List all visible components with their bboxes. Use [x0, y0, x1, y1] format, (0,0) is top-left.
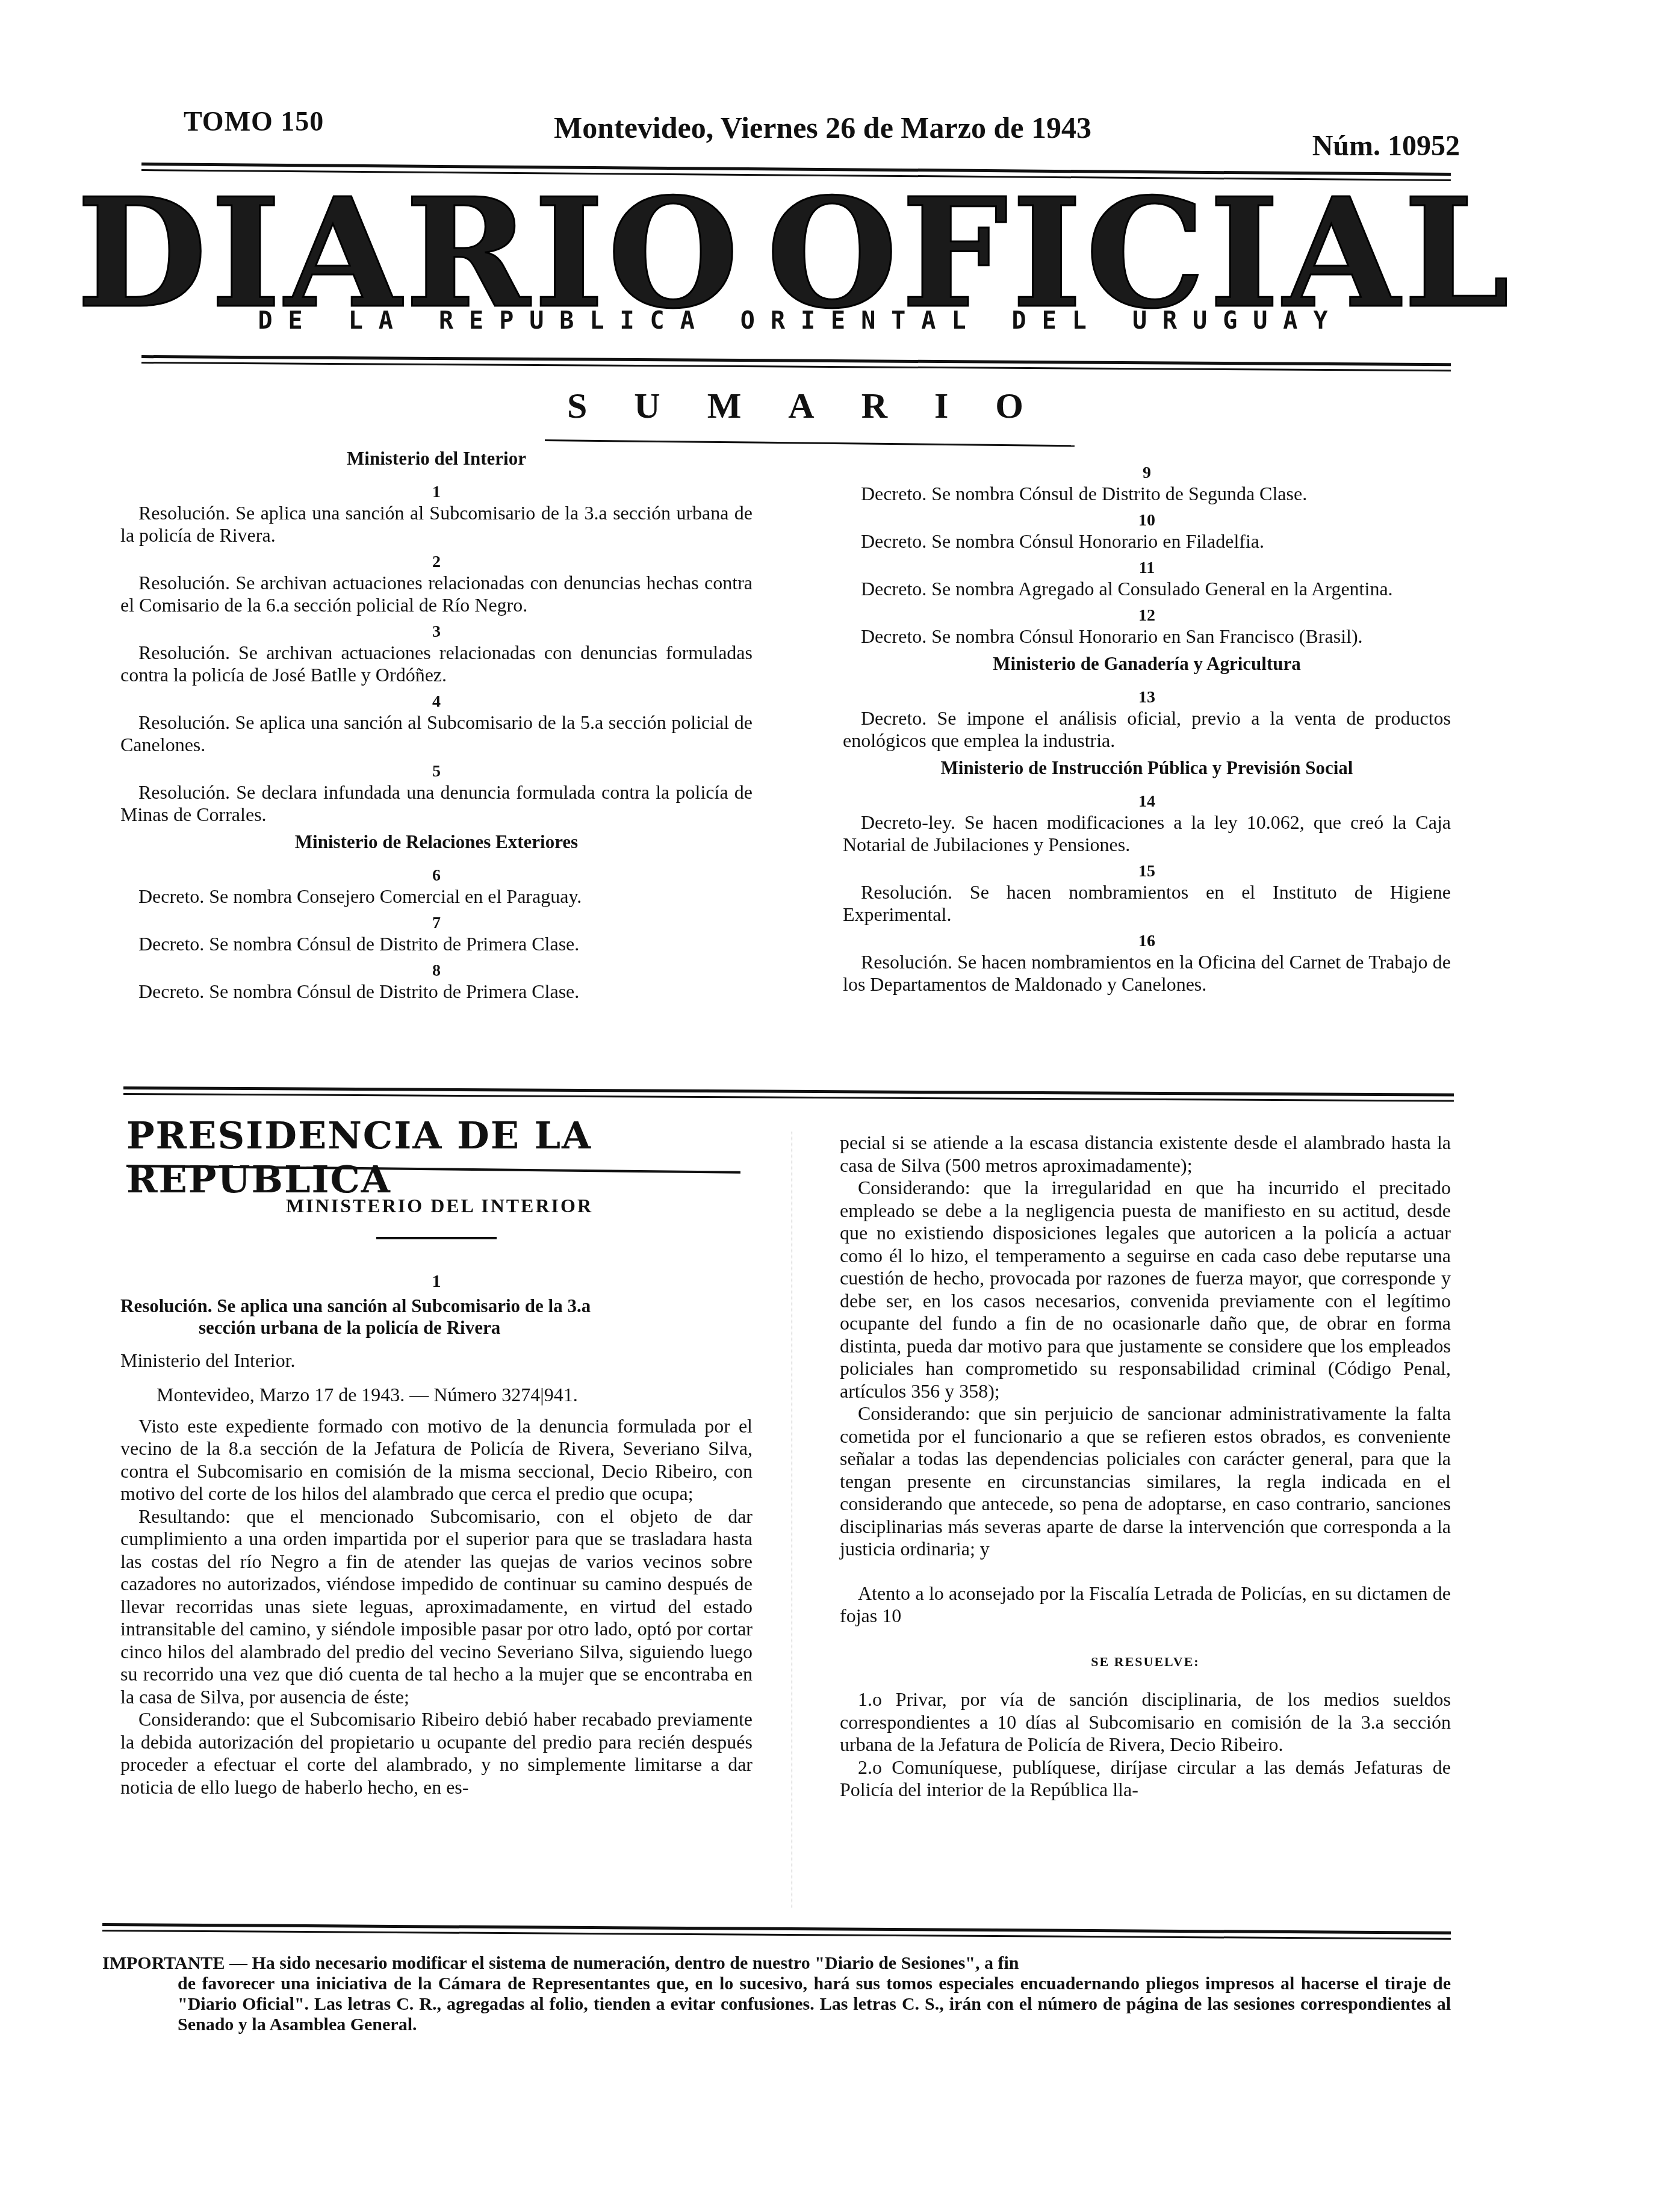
sumario-item: Resolución. Se hacen nombramientos en la…: [843, 951, 1451, 996]
sumario-ministry-heading: Ministerio del Interior: [120, 447, 753, 469]
resolution-number: 1: [120, 1270, 753, 1293]
sumario-item-number: 12: [843, 606, 1451, 625]
sumario-item-number: 7: [120, 914, 753, 933]
sumario-item: Resolución. Se archivan actuaciones rela…: [120, 642, 753, 686]
sumario-ministry-heading: Ministerio de Instrucción Pública y Prev…: [843, 757, 1451, 779]
sumario-item: Resolución. Se aplica una sanción al Sub…: [120, 711, 753, 756]
sumario-item: Decreto-ley. Se hacen modificaciones a l…: [843, 811, 1451, 856]
ministry-heading: MINISTERIO DEL INTERIOR: [259, 1195, 620, 1217]
sumario-left-column: Ministerio del Interior1Resolución. Se a…: [120, 442, 753, 1003]
sumario-item-number: 8: [120, 961, 753, 981]
sumario-item: Decreto. Se nombra Cónsul Honorario en S…: [843, 625, 1451, 648]
section-heading: PRESIDENCIA DE LA REPUBLICA: [126, 1114, 734, 1201]
sumario-item-number: 1: [120, 483, 753, 502]
issue-number: Núm. 10952: [1312, 129, 1460, 163]
sumario-item-number: 13: [843, 688, 1451, 707]
masthead-info-line: TOMO 150 Montevideo, Viernes 26 de Marzo…: [184, 105, 1460, 153]
sumario-item-number: 5: [120, 762, 753, 781]
sumario-item-number: 9: [843, 463, 1451, 483]
sumario-item-number: 11: [843, 559, 1451, 578]
sumario-item-number: 2: [120, 553, 753, 572]
sumario-item-number: 16: [843, 932, 1451, 951]
newspaper-subtitle: DE LA REPUBLICA ORIENTAL DEL URUGUAY: [199, 307, 1403, 335]
title-diario: DIARIO: [76, 178, 742, 328]
resolution-title: Resolución. Se aplica una sanción al Sub…: [120, 1295, 753, 1339]
paragraph-considerando-3: Considerando: que sin perjuicio de sanci…: [840, 1402, 1451, 1561]
sumario-heading: SUMARIO: [530, 385, 1108, 427]
issuer: Ministerio del Interior.: [120, 1349, 753, 1372]
resolution-dateline: Montevideo, Marzo 17 de 1943. — Número 3…: [120, 1384, 753, 1407]
paragraph-considerando-1: Considerando: que el Subcomisario Ribeir…: [120, 1708, 753, 1798]
sumario-item: Decreto. Se nombra Agregado al Consulado…: [843, 578, 1451, 600]
important-notice: IMPORTANTE — Ha sido necesario modificar…: [102, 1953, 1451, 2035]
notice-body: de favorecer una iniciativa de la Cámara…: [102, 1974, 1451, 2035]
column-divider: [792, 1132, 792, 1908]
sumario-item: Decreto. Se nombra Cónsul Honorario en F…: [843, 530, 1451, 553]
footer-rule: [102, 1923, 1451, 1940]
resolution-title-line1: Resolución. Se aplica una sanción al Sub…: [120, 1295, 591, 1316]
sumario-item: Resolución. Se aplica una sanción al Sub…: [120, 502, 753, 547]
paragraph-atento: Atento a lo aconsejado por la Fiscalía L…: [840, 1582, 1451, 1628]
sumario-bottom-rule: [123, 1086, 1454, 1102]
article-left-column: 1 Resolución. Se aplica una sanción al S…: [120, 1270, 753, 1798]
sumario-ministry-heading: Ministerio de Relaciones Exteriores: [120, 831, 753, 853]
paragraph-considerando-2: Considerando: que la irregularidad en qu…: [840, 1177, 1451, 1402]
sumario-ministry-heading: Ministerio de Ganadería y Agricultura: [843, 652, 1451, 675]
ministry-heading-rule: [376, 1237, 497, 1239]
sumario-item: Decreto. Se impone el análisis oficial, …: [843, 707, 1451, 752]
sumario-item-number: 3: [120, 622, 753, 642]
sumario-item: Decreto. Se nombra Cónsul de Distrito de…: [120, 933, 753, 955]
sumario-item: Decreto. Se nombra Cónsul de Distrito de…: [843, 483, 1451, 505]
resolution-item-1: 1.o Privar, por vía de sanción disciplin…: [840, 1688, 1451, 1756]
sumario-item-number: 4: [120, 692, 753, 711]
masthead-bottom-rule: [141, 355, 1451, 371]
paragraph-resultando: Resultando: que el mencionado Subcomisar…: [120, 1505, 753, 1709]
notice-label: IMPORTANTE —: [102, 1953, 247, 1973]
sumario-item-number: 14: [843, 792, 1451, 811]
sumario-item: Resolución. Se hacen nombramientos en el…: [843, 881, 1451, 926]
issue-date: Montevideo, Viernes 26 de Marzo de 1943: [554, 110, 1091, 145]
sumario-item: Resolución. Se declara infundada una den…: [120, 781, 753, 826]
sumario-item: Decreto. Se nombra Consejero Comercial e…: [120, 885, 753, 908]
volume-label: TOMO 150: [184, 105, 324, 137]
article-right-column: pecial si se atiende a la escasa distanc…: [840, 1132, 1451, 1802]
paragraph-continued: pecial si se atiende a la escasa distanc…: [840, 1132, 1451, 1177]
sumario-item: Decreto. Se nombra Cónsul de Distrito de…: [120, 981, 753, 1003]
sumario-item-number: 6: [120, 866, 753, 885]
sumario-item: Resolución. Se archivan actuaciones rela…: [120, 572, 753, 616]
resolution-title-line2: sección urbana de la policía de Rivera: [120, 1317, 753, 1339]
sumario-item-number: 15: [843, 862, 1451, 881]
title-oficial: OFICIAL: [766, 178, 1513, 328]
paragraph-visto: Visto este expediente formado con motivo…: [120, 1415, 753, 1505]
notice-line1: Ha sido necesario modificar el sistema d…: [252, 1953, 1019, 1973]
se-resuelve-heading: SE RESUELVE:: [840, 1650, 1451, 1673]
sumario-item-number: 10: [843, 511, 1451, 530]
resolution-item-2: 2.o Comuníquese, publíquese, diríjase ci…: [840, 1756, 1451, 1802]
sumario-right-column: 9Decreto. Se nombra Cónsul de Distrito d…: [843, 457, 1451, 996]
